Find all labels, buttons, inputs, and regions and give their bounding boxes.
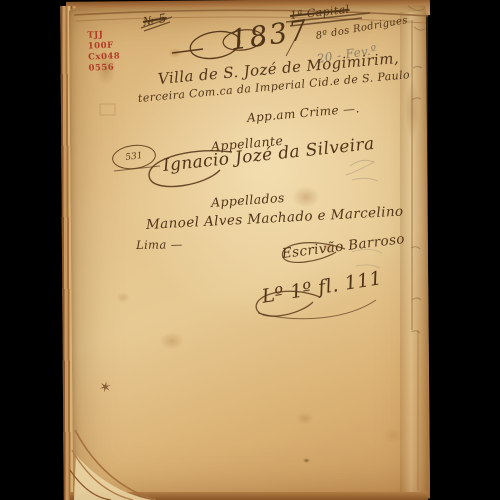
fold-crease (411, 20, 413, 330)
page-stack-bottom-edge (70, 492, 428, 500)
page-right-fold (400, 12, 428, 500)
registry-number: 531 (125, 151, 143, 163)
stamp-line: Cx048 (88, 51, 120, 63)
manuscript-photo: TJJ 100F Cx048 0556 № 5 1ª Capital 1837 … (0, 0, 500, 500)
archive-stamp: TJJ 100F Cx048 0556 (87, 29, 121, 74)
stamp-line: 0556 (88, 62, 120, 74)
fold-crease (417, 330, 419, 490)
appellee-line-2: Lima — (136, 237, 183, 252)
